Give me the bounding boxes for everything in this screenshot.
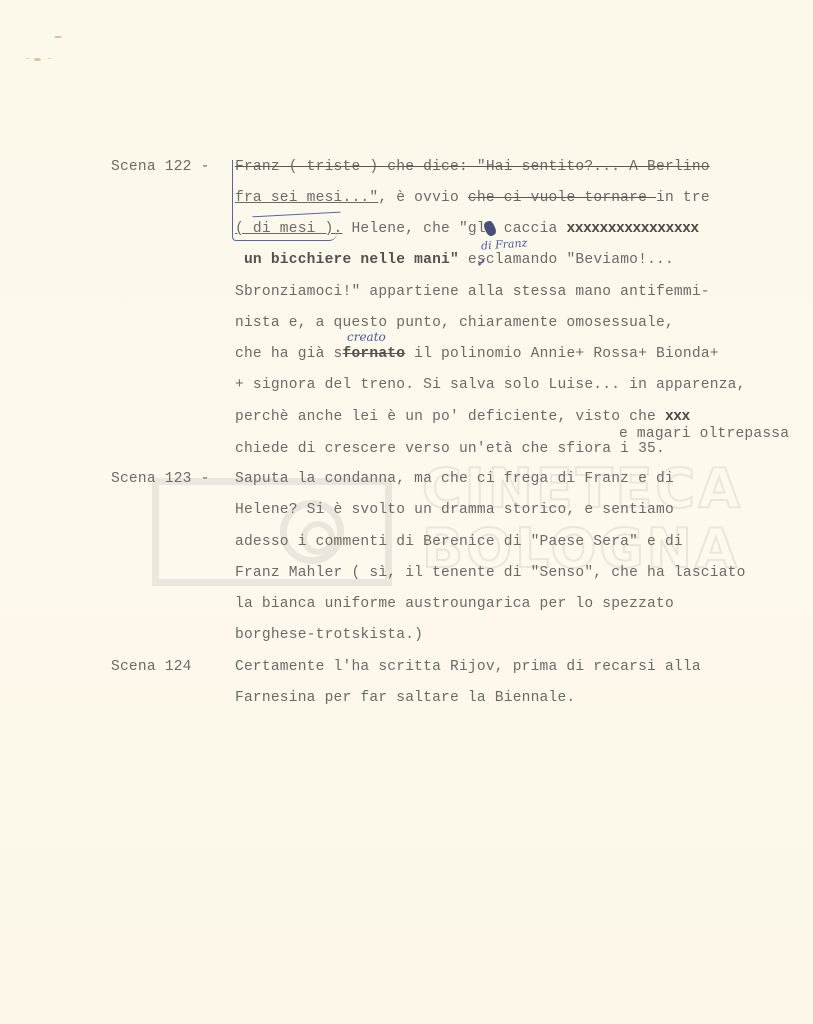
scene-122-line-4: un bicchiere nelle mani" esclamando "Bev… — [235, 253, 674, 268]
struck-text: Franz ( triste ) che dice: "Hai sentito?… — [235, 159, 710, 175]
scene-123-line-4: Franz Mahler ( sì, il tenente di "Senso"… — [235, 566, 746, 581]
text-segment: , è ovvio — [378, 190, 468, 206]
text-segment: che ha già s — [235, 346, 343, 362]
scene-123-label: Scena 123 - — [111, 472, 210, 487]
underlined-text: ( di mesi ). — [235, 221, 343, 237]
text-segment: Helene, che " — [343, 221, 468, 237]
text-segment: caccia — [495, 221, 567, 237]
paper-speck — [48, 58, 51, 59]
scene-122-line-7: che ha già sfornato il polinomio Annie+ … — [235, 347, 719, 362]
paper-speck — [54, 36, 62, 38]
scene-122-label: Scena 122 - — [111, 160, 210, 175]
text-segment: in tre — [656, 190, 710, 206]
scene-122-line-6: nista e, a questo punto, chiaramente omo… — [235, 316, 674, 331]
scene-123-line-3: adesso i commenti di Berenice di "Paese … — [235, 535, 683, 550]
scene-123-line-2: Helene? Si è svolto un dramma storico, e… — [235, 503, 674, 518]
scene-124-line-2: Farnesina per far saltare la Biennale. — [235, 691, 575, 706]
insertion-check-icon: ✓ — [476, 255, 488, 271]
struck-text: fornato — [343, 346, 406, 362]
typewritten-page: CINETECA BOLOGNA Scena 122 - Franz ( tri… — [0, 0, 813, 1024]
handwritten-correction-creato: creato — [347, 330, 386, 344]
typed-over-text: xxxxxxxxxxxxxxxx — [566, 221, 698, 237]
underlined-text: fra sei mesi..." — [235, 190, 378, 206]
scene-124-line-1: Certamente l'ha scritta Rijov, prima di … — [235, 660, 701, 675]
scene-123-line-5: la bianca uniforme austroungarica per lo… — [235, 597, 674, 612]
typed-insert-line: e magari oltrepassa — [619, 427, 789, 442]
text-segment: perchè anche lei è un po' deficiente, vi… — [235, 409, 665, 425]
scene-123-line-1: Saputa la condanna, ma che ci frega di F… — [235, 472, 674, 487]
typed-over-text: xxx — [665, 409, 690, 425]
handwritten-insert-di-franz: di Franz — [481, 236, 528, 252]
struck-text: che ci vuole tornare — [468, 190, 656, 206]
scene-122-line-8: + signora del treno. Si salva solo Luise… — [235, 378, 746, 393]
text-segment: un bicchiere nelle mani" — [235, 252, 459, 268]
scene-122-line-5: Sbronziamoci!" appartiene alla stessa ma… — [235, 285, 710, 300]
scene-124-label: Scena 124 — [111, 660, 192, 675]
scene-122-line-1: Franz ( triste ) che dice: "Hai sentito?… — [235, 160, 710, 175]
scene-122-line-3: ( di mesi ). Helene, che "gli caccia xxx… — [235, 222, 699, 237]
scene-122-line-10: chiede di crescere verso un'età che sfio… — [235, 442, 665, 457]
scene-122-line-2: fra sei mesi...", è ovvio che ci vuole t… — [235, 191, 710, 206]
scene-123-line-6: borghese-trotskista.) — [235, 628, 423, 643]
text-segment: il polinomio Annie+ Rossa+ Bionda+ — [405, 346, 719, 362]
scene-122-line-9: perchè anche lei è un po' deficiente, vi… — [235, 410, 690, 425]
text-segment: esclamando "Beviamo!... — [459, 252, 674, 268]
paper-speck — [26, 58, 29, 59]
paper-speck — [34, 58, 41, 61]
